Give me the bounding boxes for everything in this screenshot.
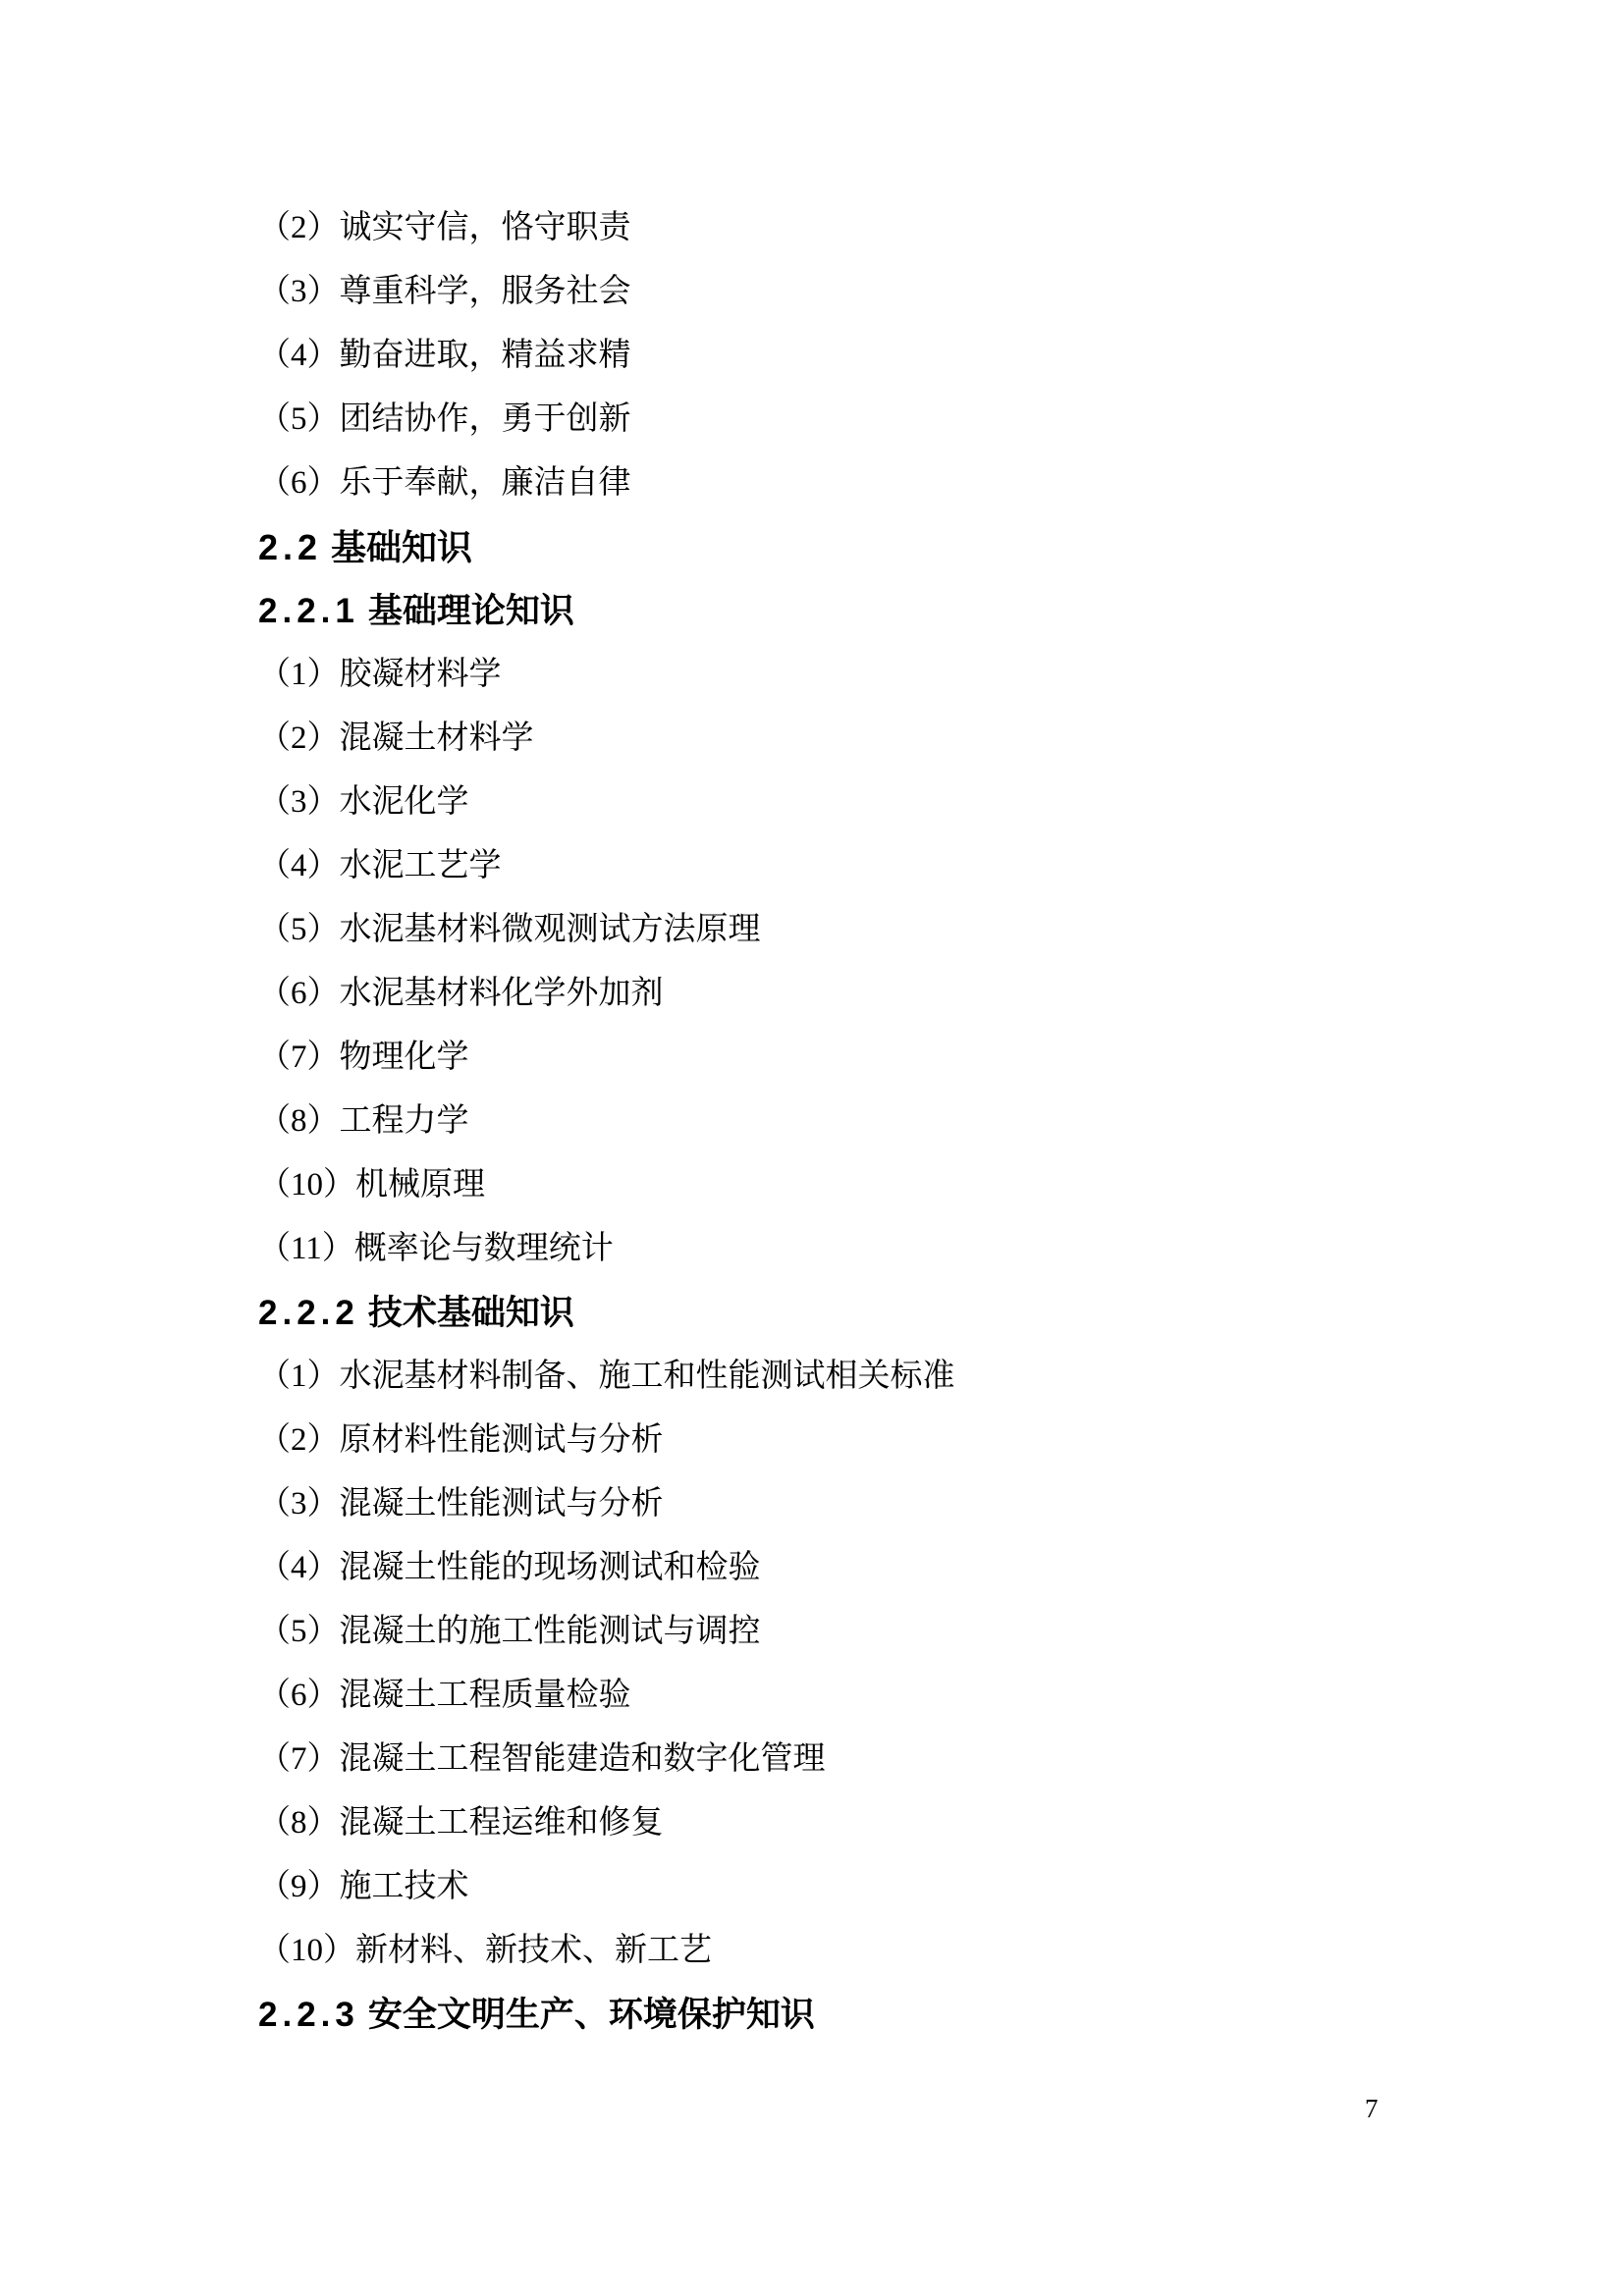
list-item: （5）水泥基材料微观测试方法原理 — [258, 898, 1545, 962]
list-item: （3）水泥化学 — [258, 771, 1545, 834]
list-item: （2）原材料性能测试与分析 — [258, 1409, 1545, 1472]
list-item: （2）混凝土材料学 — [258, 707, 1545, 771]
list-item: （1）水泥基材料制备、施工和性能测试相关标准 — [258, 1345, 1545, 1409]
list-item: （3）混凝土性能测试与分析 — [258, 1472, 1545, 1536]
list-item: （7）物理化学 — [258, 1026, 1545, 1090]
list-item: （2）诚实守信，恪守职责 — [258, 196, 1545, 260]
list-item: （10）新材料、新技术、新工艺 — [258, 1919, 1545, 1983]
heading-title: 基础理论知识 — [368, 594, 574, 628]
section-heading-2-2-3: 2.2.3 安全文明生产、环境保护知识 — [258, 1983, 1545, 2047]
list-item: （5）团结协作，勇于创新 — [258, 388, 1545, 452]
list-item: （4）混凝土性能的现场测试和检验 — [258, 1536, 1545, 1600]
section-heading-2-2-1: 2.2.1 基础理论知识 — [258, 579, 1545, 643]
section-heading-2-2: 2.2 基础知识 — [258, 515, 1545, 579]
heading-title: 安全文明生产、环境保护知识 — [368, 1998, 815, 2032]
heading-number: 2.2.2 — [258, 1296, 359, 1330]
list-item: （8）混凝土工程运维和修复 — [258, 1791, 1545, 1855]
page-number: 7 — [1365, 2094, 1379, 2124]
list-item: （8）工程力学 — [258, 1090, 1545, 1153]
page-content: （2）诚实守信，恪守职责 （3）尊重科学，服务社会 （4）勤奋进取，精益求精 （… — [258, 196, 1545, 2047]
list-item: （6）混凝土工程质量检验 — [258, 1664, 1545, 1728]
list-item: （11）概率论与数理统计 — [258, 1217, 1545, 1281]
list-item: （4）勤奋进取，精益求精 — [258, 324, 1545, 388]
heading-title: 基础知识 — [331, 530, 472, 565]
list-item: （4）水泥工艺学 — [258, 834, 1545, 898]
heading-number: 2.2.3 — [258, 1998, 359, 2032]
list-item: （10）机械原理 — [258, 1153, 1545, 1217]
heading-number: 2.2.1 — [258, 594, 359, 628]
list-item: （9）施工技术 — [258, 1855, 1545, 1919]
list-item: （5）混凝土的施工性能测试与调控 — [258, 1600, 1545, 1664]
heading-title: 技术基础知识 — [368, 1296, 574, 1330]
section-heading-2-2-2: 2.2.2 技术基础知识 — [258, 1281, 1545, 1345]
list-item: （1）胶凝材料学 — [258, 643, 1545, 707]
list-item: （3）尊重科学，服务社会 — [258, 260, 1545, 324]
list-item: （6）水泥基材料化学外加剂 — [258, 962, 1545, 1026]
heading-number: 2.2 — [258, 530, 322, 565]
list-item: （6）乐于奉献，廉洁自律 — [258, 452, 1545, 515]
list-item: （7）混凝土工程智能建造和数字化管理 — [258, 1728, 1545, 1791]
document-page: （2）诚实守信，恪守职责 （3）尊重科学，服务社会 （4）勤奋进取，精益求精 （… — [0, 0, 1624, 2296]
